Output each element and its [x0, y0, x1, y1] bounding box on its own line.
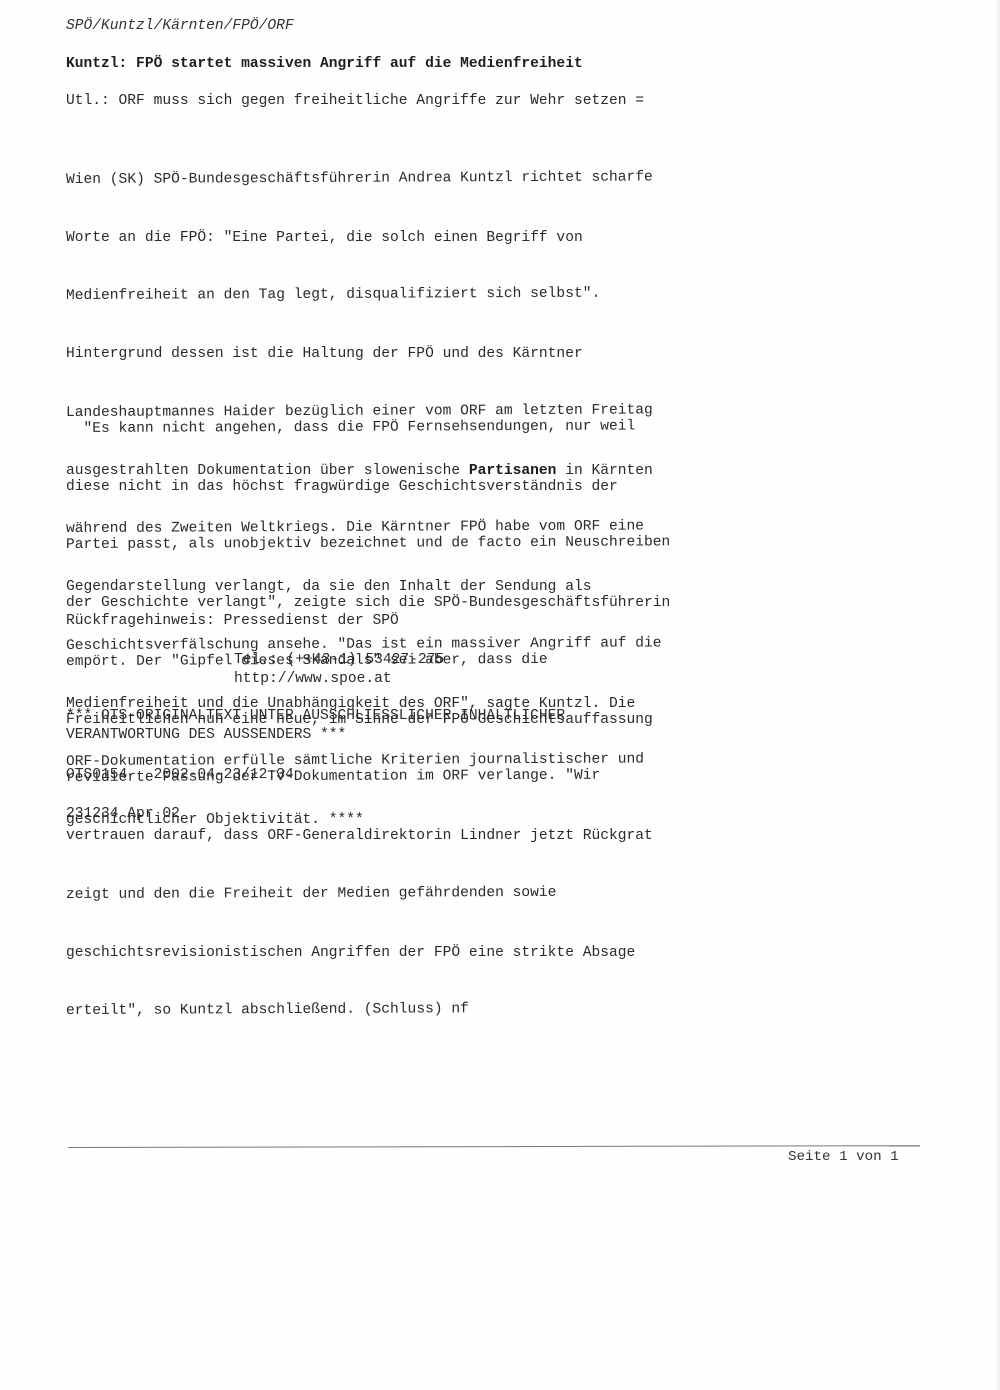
- text-line: Wien (SK) SPÖ-Bundesgeschäftsführerin An…: [66, 168, 662, 190]
- text-line: Hintergrund dessen ist die Haltung der F…: [66, 345, 662, 364]
- text-line: der Geschichte verlangt", zeigte sich di…: [66, 594, 670, 613]
- headline: Kuntzl: FPÖ startet massiven Angriff auf…: [66, 55, 583, 74]
- text-line: geschichtsrevisionistischen Angriffen de…: [66, 944, 670, 963]
- slug-line: SPÖ/Kuntzl/Kärnten/FPÖ/ORF: [66, 17, 294, 36]
- disclaimer-line: *** OTS-ORIGINALTEXT UNTER AUSSCHLIESSLI…: [66, 708, 565, 724]
- text-line: zeigt und den die Freiheit der Medien ge…: [66, 883, 670, 905]
- scan-edge: [994, 0, 1000, 1390]
- text-line: erteilt", so Kuntzl abschließend. (Schlu…: [66, 999, 670, 1021]
- ots-id: OTS0154 2002-04-23/12:34: [66, 766, 294, 785]
- text-line: "Es kann nicht angehen, dass die FPÖ Fer…: [66, 417, 670, 439]
- text-line: Medienfreiheit an den Tag legt, disquali…: [66, 285, 662, 307]
- scanned-page: SPÖ/Kuntzl/Kärnten/FPÖ/ORF Kuntzl: FPÖ s…: [0, 0, 1000, 1390]
- disclaimer: *** OTS-ORIGINALTEXT UNTER AUSSCHLIESSLI…: [66, 707, 565, 746]
- subheadline: Utl.: ORF muss sich gegen freiheitliche …: [66, 92, 644, 111]
- page-number: Seite 1 von 1: [788, 1149, 899, 1165]
- contact-website: http://www.spoe.at: [234, 670, 392, 689]
- text-line: diese nicht in das höchst fragwürdige Ge…: [66, 478, 670, 497]
- text-line: vertrauen darauf, dass ORF-Generaldirekt…: [66, 827, 670, 846]
- disclaimer-line: VERANTWORTUNG DES AUSSENDERS ***: [66, 727, 346, 743]
- timestamp-code: 231234 Apr 02: [66, 805, 180, 824]
- text-line: Partei passt, als unobjektiv bezeichnet …: [66, 534, 670, 556]
- footer-divider: [68, 1145, 920, 1148]
- text-line: Worte an die FPÖ: "Eine Partei, die solc…: [66, 229, 662, 248]
- contact-phone: Tel.: (++43-1) 53427-275: [234, 651, 444, 670]
- contact-label: Rückfragehinweis: Pressedienst der SPÖ: [66, 612, 399, 631]
